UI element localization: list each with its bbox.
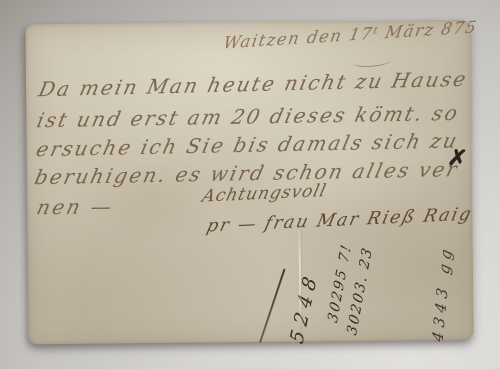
- corner-notation: 4343 gg: [429, 241, 456, 345]
- body-line-1: Da mein Man heute nicht zu Hause: [36, 67, 470, 102]
- body-line-3: ersuche ich Sie bis damals sich zu: [34, 128, 461, 161]
- body-line-2: ist und erst am 20 dieses kömt. so: [35, 101, 462, 132]
- x-ink-mark: ✗: [446, 144, 469, 173]
- diagonal-pen-stroke: [259, 268, 286, 343]
- signature-line: pr — frau Mar Rieß Raig: [205, 204, 475, 236]
- rotated-notation-3: 5248: [285, 263, 324, 353]
- photo-background: Waitzen den 17ᵗ März 875 Da mein Man heu…: [0, 0, 500, 369]
- date-line: Waitzen den 17ᵗ März 875: [222, 17, 479, 52]
- body-line-5: nen —: [34, 194, 116, 219]
- underline-flourish: [352, 55, 391, 68]
- postcard: Waitzen den 17ᵗ März 875 Da mein Man heu…: [25, 20, 473, 345]
